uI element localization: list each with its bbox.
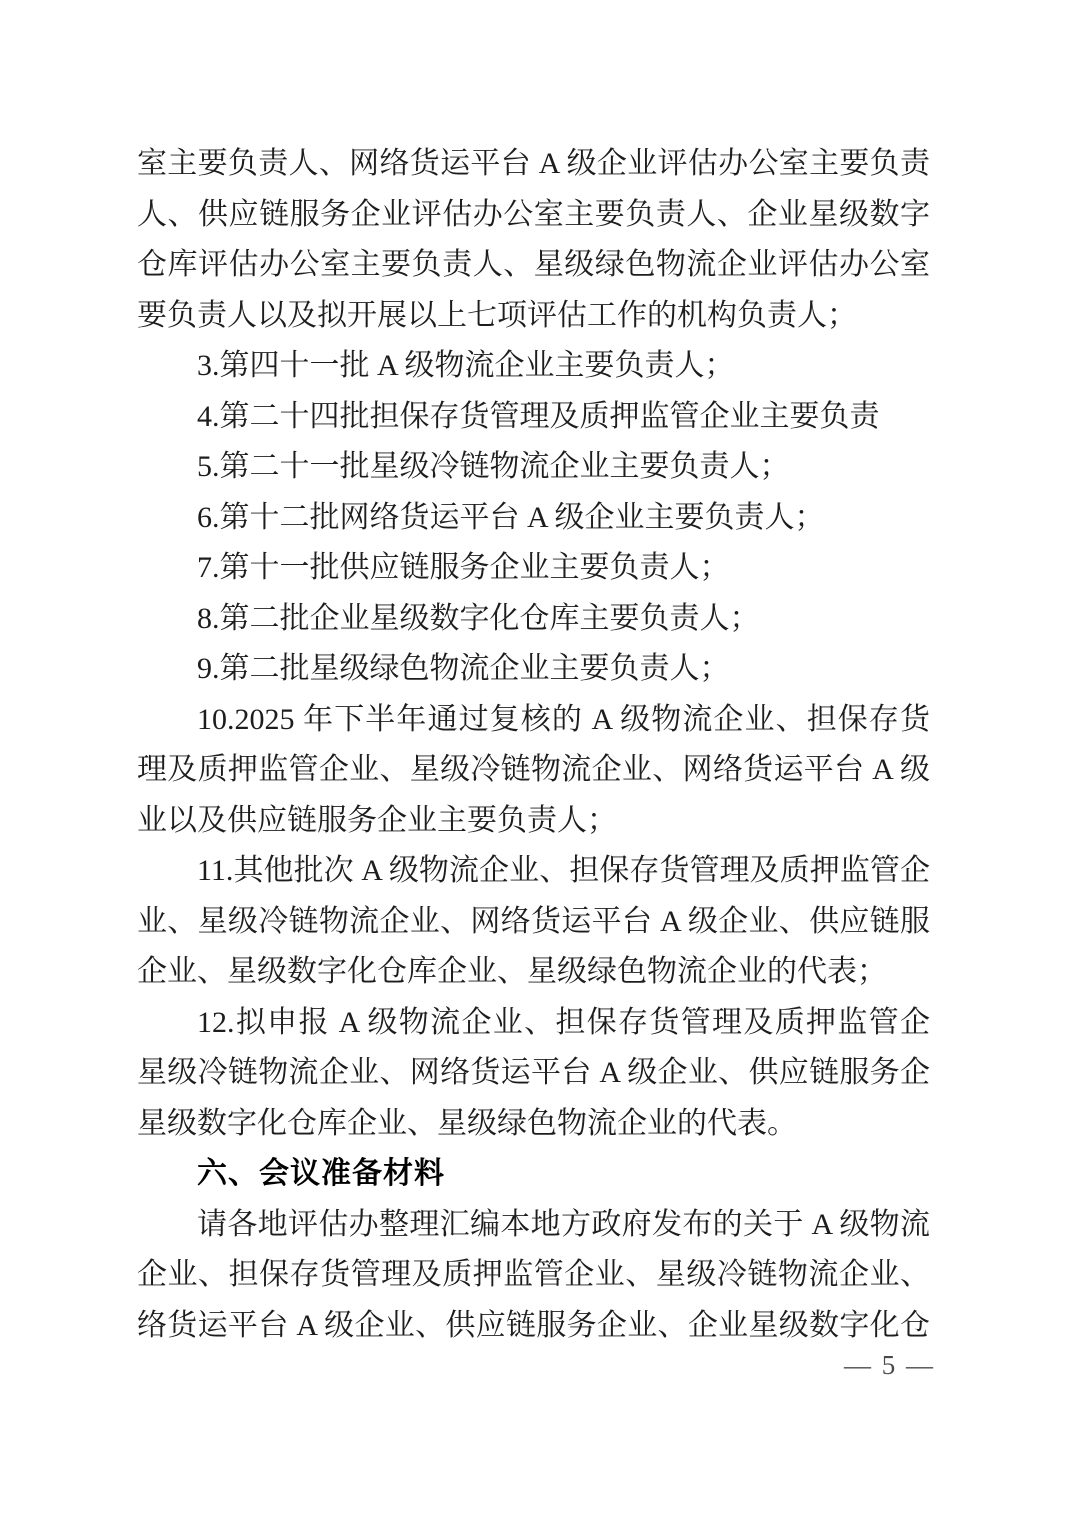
text-line: 3.第四十一批 A 级物流企业主要负责人；: [137, 341, 930, 392]
text-line: 6.第十二批网络货运平台 A 级企业主要负责人；: [137, 493, 930, 544]
text-line: 星级数字化仓库企业、星级绿色物流企业的代表。: [137, 1099, 930, 1150]
text-line: 11.其他批次 A 级物流企业、担保存货管理及质押监管企: [137, 846, 930, 897]
text-line: 请各地评估办整理汇编本地方政府发布的关于 A 级物流: [137, 1200, 930, 1251]
text-line: 7.第十一批供应链服务企业主要负责人；: [137, 543, 930, 594]
text-line: 室主要负责人、网络货运平台 A 级企业评估办公室主要负责: [137, 139, 930, 190]
text-line: 12.拟申报 A 级物流企业、担保存货管理及质押监管企业、: [137, 998, 930, 1049]
text-line: 9.第二批星级绿色物流企业主要负责人；: [137, 644, 930, 695]
page-number: — 5 —: [844, 1349, 935, 1381]
text-line: 4.第二十四批担保存货管理及质押监管企业主要负责人；: [137, 392, 930, 443]
text-line: 企业、星级数字化仓库企业、星级绿色物流企业的代表；: [137, 947, 930, 998]
text-line: 10.2025 年下半年通过复核的 A 级物流企业、担保存货管: [137, 695, 930, 746]
text-line: 人、供应链服务企业评估办公室主要负责人、企业星级数字化: [137, 190, 930, 241]
text-line: 仓库评估办公室主要负责人、星级绿色物流企业评估办公室主: [137, 240, 930, 291]
text-line: 业、星级冷链物流企业、网络货运平台 A 级企业、供应链服务: [137, 897, 930, 948]
text-line: 8.第二批企业星级数字化仓库主要负责人；: [137, 594, 930, 645]
text-line: 星级冷链物流企业、网络货运平台 A 级企业、供应链服务企业、: [137, 1048, 930, 1099]
document-body: 室主要负责人、网络货运平台 A 级企业评估办公室主要负责人、供应链服务企业评估办…: [137, 139, 930, 1351]
text-line: 要负责人以及拟开展以上七项评估工作的机构负责人；: [137, 291, 930, 342]
document-page: 室主要负责人、网络货运平台 A 级企业评估办公室主要负责人、供应链服务企业评估办…: [0, 0, 1080, 1526]
section-heading: 六、会议准备材料: [137, 1149, 930, 1200]
text-line: 5.第二十一批星级冷链物流企业主要负责人；: [137, 442, 930, 493]
text-line: 理及质押监管企业、星级冷链物流企业、网络货运平台 A 级企: [137, 745, 930, 796]
text-line: 业以及供应链服务企业主要负责人；: [137, 796, 930, 847]
text-line: 络货运平台 A 级企业、供应链服务企业、企业星级数字化仓库、: [137, 1301, 930, 1352]
text-line: 企业、担保存货管理及质押监管企业、星级冷链物流企业、网: [137, 1250, 930, 1301]
